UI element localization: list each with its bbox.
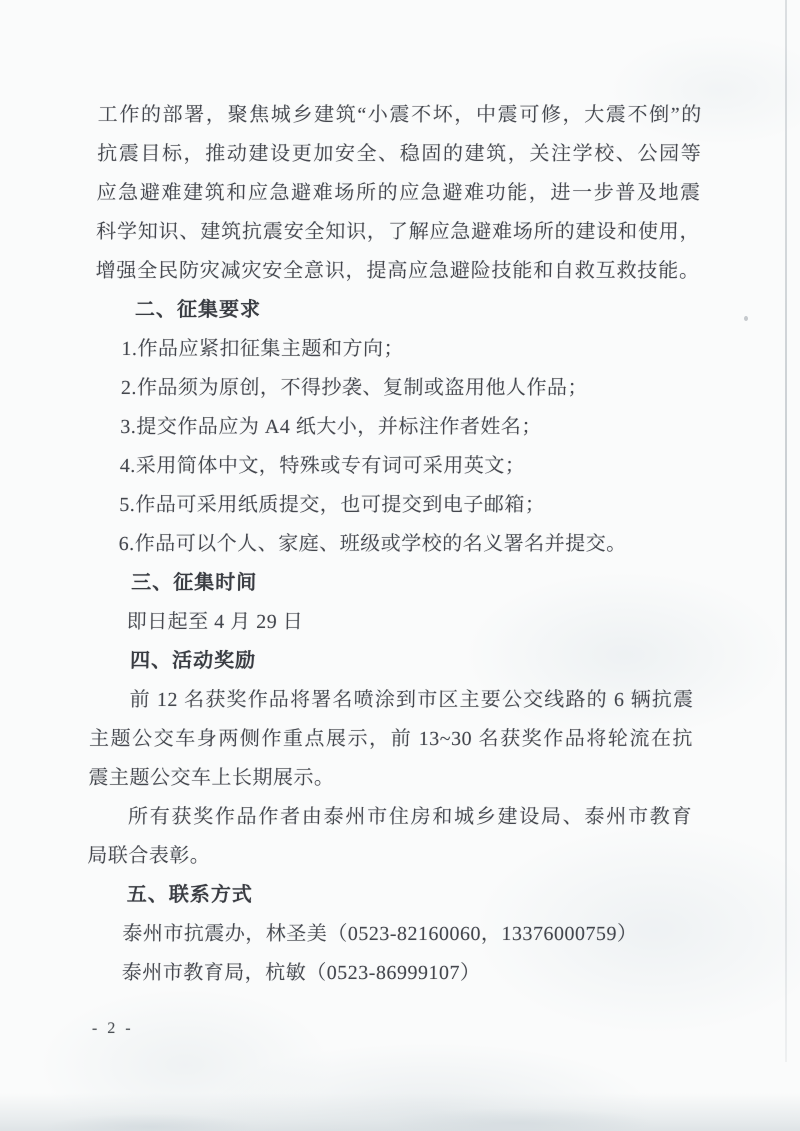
text-line-14: 即日起至 4 月 29 日 — [90, 603, 695, 642]
text-line-5: 增强全民防灾减灾安全意识，提高应急避险技能和自救互救技能。 — [95, 252, 700, 291]
page-number: - 2 - — [85, 1019, 689, 1039]
text-line-13: 三、征集时间 — [91, 564, 696, 603]
text-line-20: 局联合表彰。 — [87, 837, 692, 876]
text-line-15: 四、活动奖励 — [90, 642, 695, 681]
text-line-16: 前 12 名获奖作品将署名喷涂到市区主要公交线路的 6 辆抗震 — [89, 681, 694, 720]
text-line-1: 工作的部署，聚焦城乡建筑“小震不坏，中震可修，大震不倒”的 — [97, 96, 702, 135]
text-line-21: 五、联系方式 — [87, 876, 692, 915]
text-line-10: 4.采用简体中文，特殊或专有词可采用英文； — [93, 447, 698, 486]
text-line-18: 震主题公交车上长期展示。 — [88, 759, 693, 798]
text-line-3: 应急避难建筑和应急避难场所的应急避难功能，进一步普及地震 — [96, 174, 701, 213]
text-line-6: 二、征集要求 — [95, 291, 700, 330]
text-line-7: 1.作品应紧扣征集主题和方向； — [94, 330, 699, 369]
document-content: 工作的部署，聚焦城乡建筑“小震不坏，中震可修，大震不倒”的抗震目标，推动建设更加… — [85, 96, 702, 1039]
text-line-4: 科学知识、建筑抗震安全知识，了解应急避难场所的建设和使用， — [96, 213, 701, 252]
text-line-22: 泰州市抗震办，林圣美（0523-82160060，13376000759） — [86, 915, 691, 954]
text-line-9: 3.提交作品应为 A4 纸大小，并标注作者姓名； — [93, 408, 698, 447]
scanned-document-page: 工作的部署，聚焦城乡建筑“小震不坏，中震可修，大震不倒”的抗震目标，推动建设更加… — [0, 0, 800, 1131]
scan-bottom-shadow — [0, 1093, 800, 1131]
text-line-8: 2.作品须为原创，不得抄袭、复制或盗用他人作品； — [94, 369, 699, 408]
text-line-11: 5.作品可采用纸质提交，也可提交到电子邮箱； — [92, 486, 697, 525]
text-line-17: 主题公交车身两侧作重点展示，前 13~30 名获奖作品将轮流在抗 — [89, 720, 694, 759]
document-lines: 工作的部署，聚焦城乡建筑“小震不坏，中震可修，大震不倒”的抗震目标，推动建设更加… — [85, 96, 702, 993]
text-line-19: 所有获奖作品作者由泰州市住房和城乡建设局、泰州市教育 — [88, 798, 693, 837]
text-line-23: 泰州市教育局，杭敏（0523-86999107） — [85, 954, 690, 993]
scan-paper-edge-artifact — [785, 0, 787, 1062]
text-line-12: 6.作品可以个人、家庭、班级或学校的名义署名并提交。 — [91, 525, 696, 564]
scan-speck-artifact — [744, 316, 748, 321]
text-line-2: 抗震目标，推动建设更加安全、稳固的建筑，关注学校、公园等 — [97, 135, 702, 174]
